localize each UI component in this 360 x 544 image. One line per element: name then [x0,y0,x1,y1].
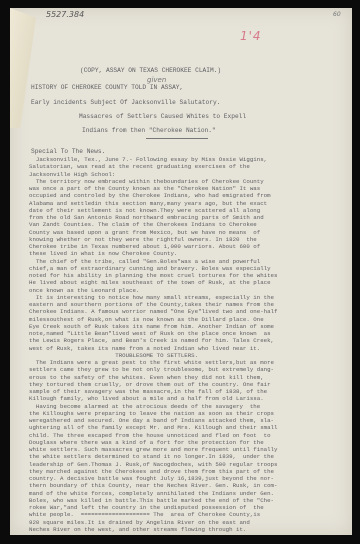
body-line: rokee War,"and left the country in the u… [29,504,325,511]
body-line: Having become alarmed at the atrocious d… [29,403,325,410]
headline-line-4: Indians from then "Cherokee Nation." [82,127,216,134]
red-pencil-annotation: 1'4 [240,29,262,43]
body-line: note,named "Little Bean"lived west of Ru… [29,330,325,337]
body-line: they marched against the Cherokees and d… [29,468,325,475]
body-line: leadership of Gen.Thomas J. Rusk,of Naco… [29,461,325,468]
body-line: Neches River on the west, and other stre… [29,526,325,533]
body-line: occupied and controled by the Cherokee I… [29,192,325,199]
manuscript-number: 5527.384 [46,10,84,19]
body-line: settlers came they grew to be not only t… [29,366,325,373]
article-body: Jacksonville, Tex., June 7.- Following e… [29,156,325,533]
body-line: County was based upon a grant from Mexic… [29,229,325,236]
body-line: from the old San Antonio Road northward … [29,214,325,221]
body-line: erous to the safety of the whites. Even … [29,374,325,381]
divider-rule [146,138,208,139]
body-line: 920 square miles.It is drained by Angeli… [29,519,325,526]
body-line: The territory now embraced within thebou… [29,178,325,185]
headline-line-1: HISTORY OF CHEROKEE COUNTY TOLD IN ASSAY… [31,84,183,91]
copy-header: (COPY, ASSAY ON TEXAS CHEROKEE CLAIM.) [80,67,221,74]
body-line: Cherokee tribe in Texas numbered about 1… [29,243,325,250]
body-line: Van Zandt Counties. The claim of the Che… [29,221,325,228]
body-line: was once a part of the County known as t… [29,185,325,192]
handwritten-insert: given [147,76,166,84]
body-line: Boles, who was killed in battle.This bat… [29,497,325,504]
body-line: The Indians were a great pest to the fir… [29,359,325,366]
body-line: white people. ==================== The a… [29,511,325,518]
body-line: eastern and sourthern portions of the Co… [29,301,325,308]
body-line: the white settlers determined to stand i… [29,453,325,460]
body-line: Jacksonville, Tex., June 7.- Following e… [29,156,325,163]
body-line: noted for his ability in planning the mo… [29,272,325,279]
body-line: Douglass where there was a kind of a for… [29,439,325,446]
body-line: milessouthest of Rusk,on what is now kno… [29,316,325,323]
body-line: once known as the Leonard place. [29,287,325,294]
body-line: Eye Creek south of Rusk takes its name f… [29,323,325,330]
body-line: they tortured them cruelly, or drove the… [29,381,325,388]
body-line: It is interesting to notice how many sma… [29,294,325,301]
body-line: He lived about eight miles southeast of … [29,279,325,286]
section-subheading: TROUBLESOME TO SETTLERS. [29,352,325,359]
body-line: Killough family, who lived about a mile … [29,395,325,402]
body-line: the Killoughs were preparing to leave th… [29,410,325,417]
body-line: The chief of the tribe, called "Gen.Bole… [29,258,325,265]
body-line: Jacksonville High School: [29,171,325,178]
headline-line-3: Massacres of Settlers Caused Whites to E… [79,113,246,120]
body-line: ughtering all of the family except Mr. a… [29,424,325,431]
body-line: these lived in what is now Cherokee Coun… [29,250,325,257]
body-line: chief,a man of extraordinary cunning and… [29,265,325,272]
body-line: country. A decisive battle was fought Ju… [29,475,325,482]
body-line: Alabama and settledin this section many,… [29,200,325,207]
body-line: thern boundary of this County, near the … [29,482,325,489]
body-line: Salutatorian, was read at the recent gra… [29,163,325,170]
body-line: mand of the white forces, completely ann… [29,490,325,497]
headline-line-2: Early incidents Subject Of Jacksonville … [31,99,220,106]
page-number: 60 [333,11,341,18]
body-line: date of their settlement is not known.Th… [29,207,325,214]
body-line: white settlers. Such massacres grew more… [29,446,325,453]
body-line: west of Rusk, takes its name from a note… [29,345,325,352]
body-line: the Lewis Rogers Place, and Bean's Creek… [29,337,325,344]
body-line: knowing whether or not they were the rig… [29,236,325,243]
body-line: sample of their savagery was the massacr… [29,388,325,395]
body-line: weregathered and secured. One day a band… [29,417,325,424]
dateline: Special To The News. [31,148,105,155]
body-line: child. The three escaped from the house … [29,432,325,439]
body-line: Cherokee Indians. A famous worrior named… [29,308,325,315]
